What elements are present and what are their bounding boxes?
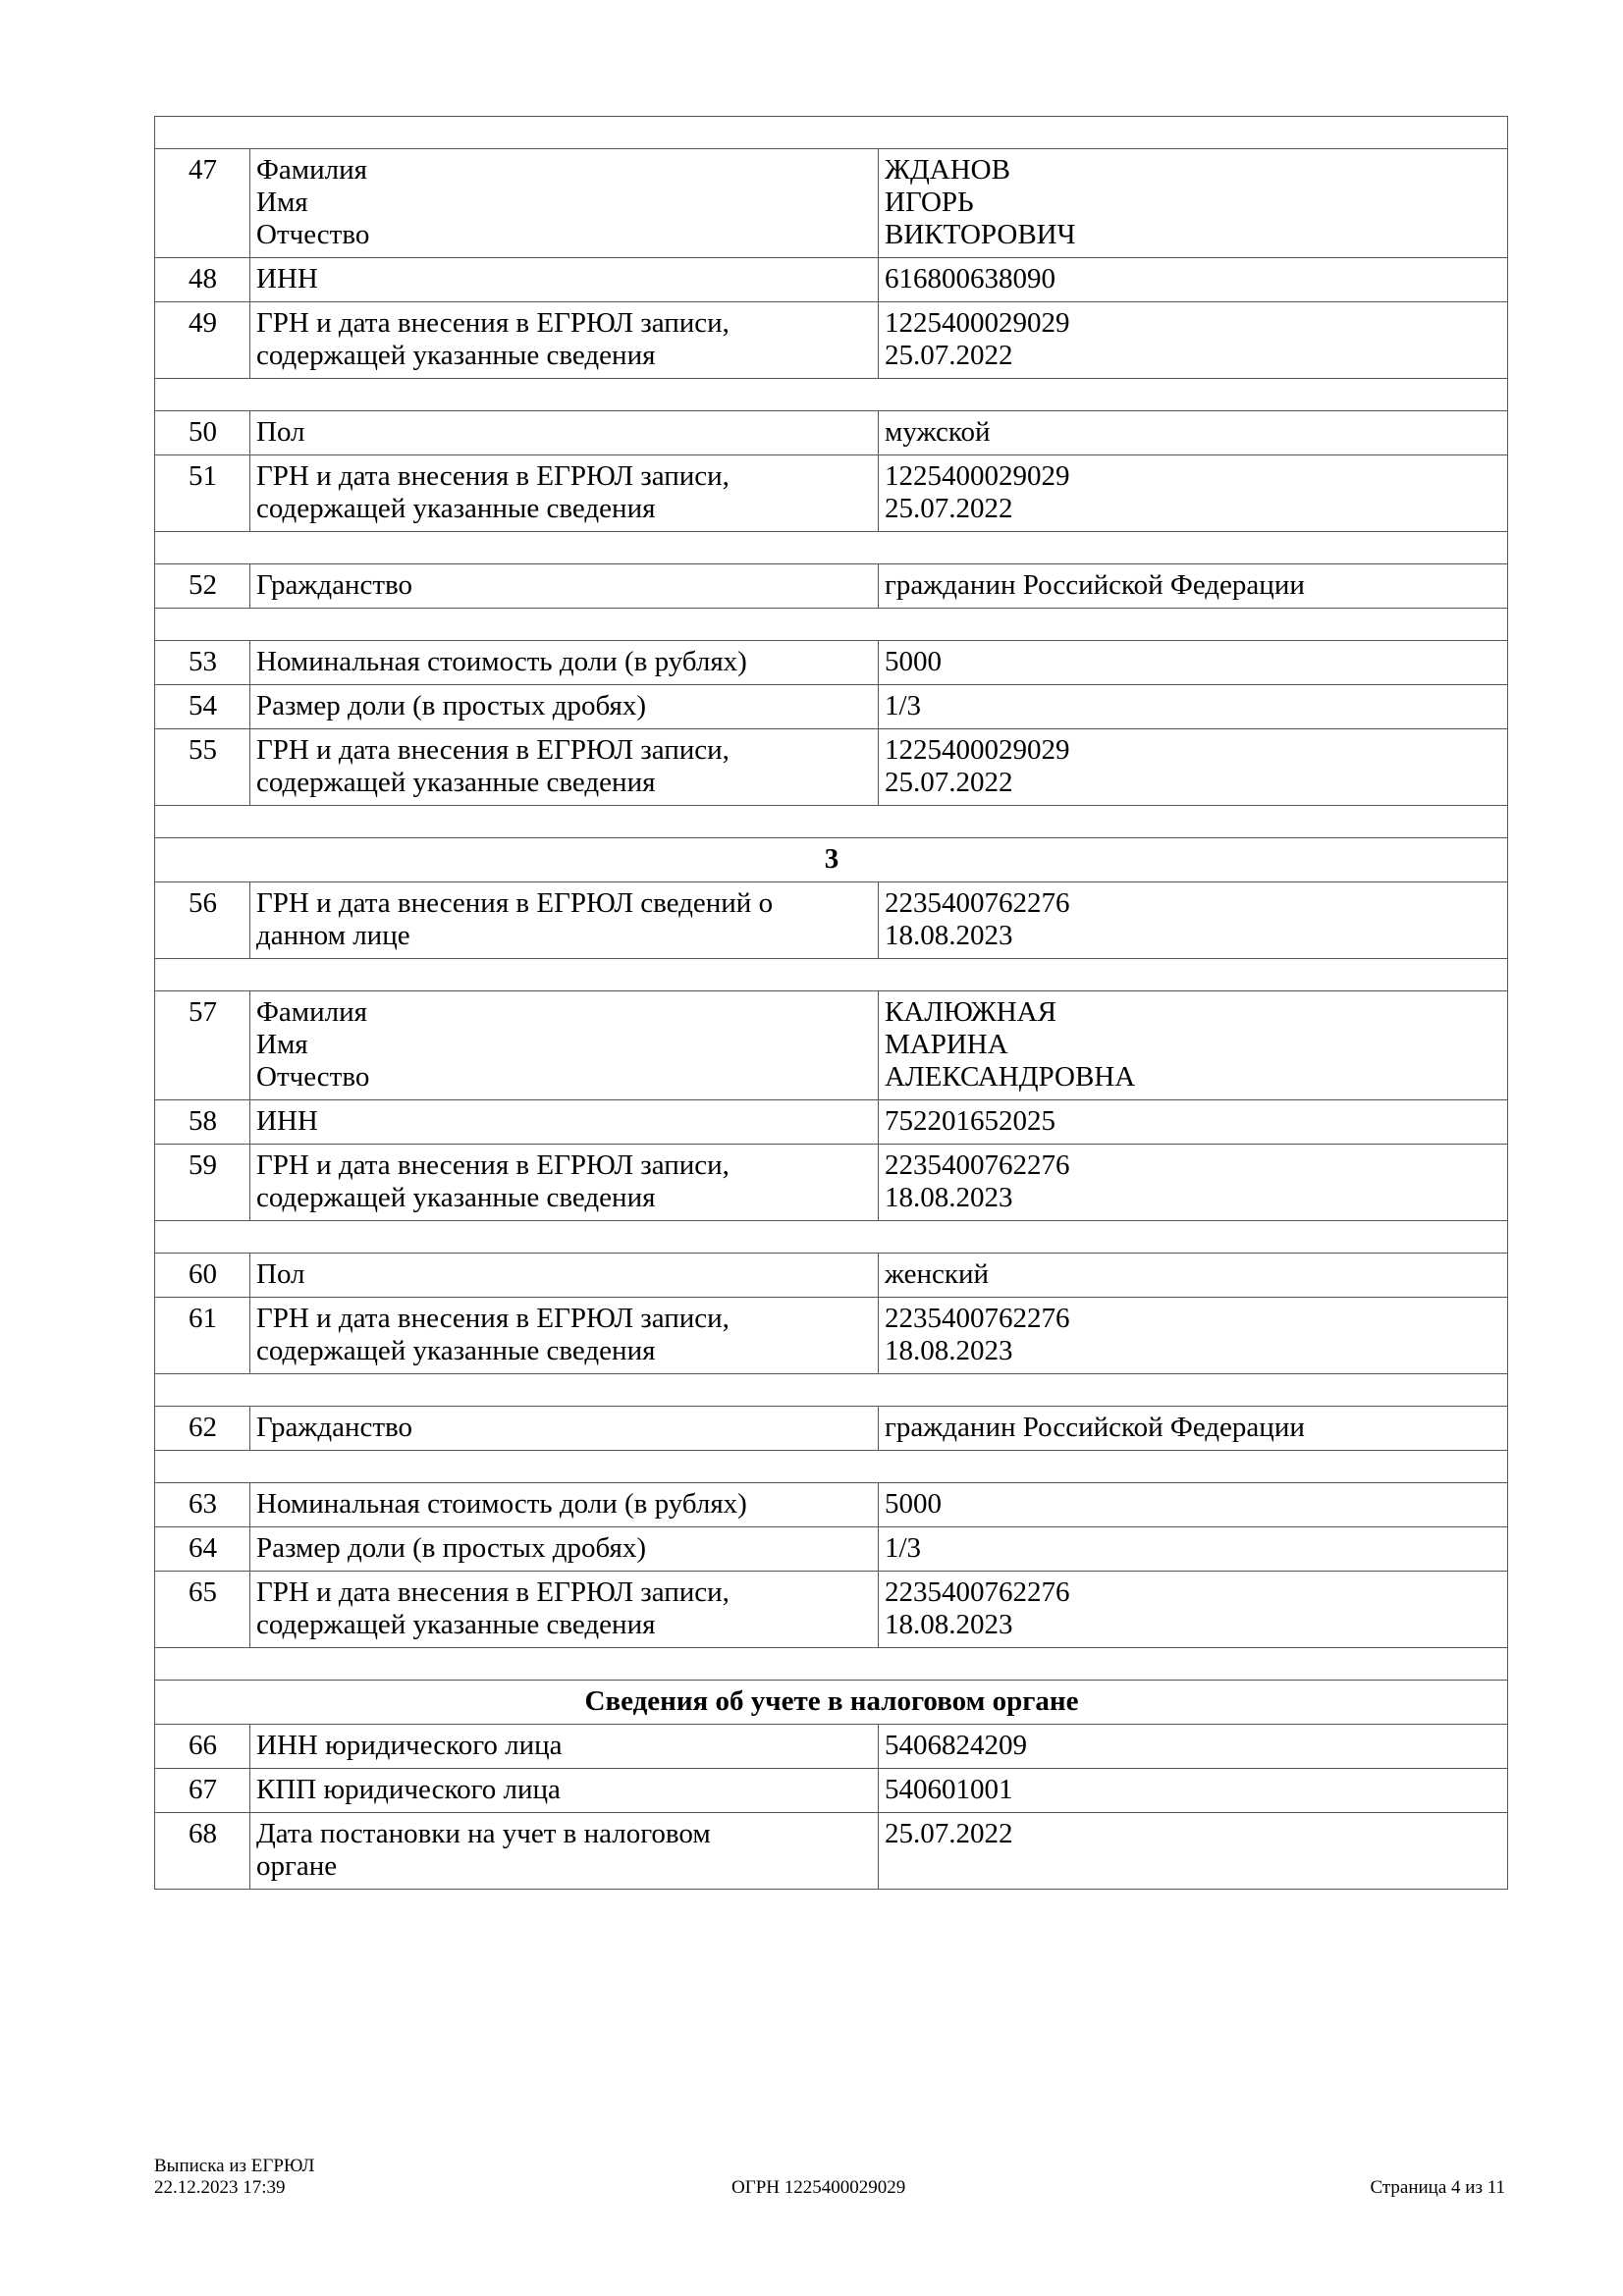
- table-row: 56ГРН и дата внесения в ЕГРЮЛ сведений о…: [155, 882, 1508, 959]
- field-value: гражданин Российской Федерации: [879, 564, 1508, 609]
- field-value-line: 616800638090: [885, 263, 1502, 295]
- field-value-line: МАРИНА: [885, 1029, 1502, 1061]
- field-label: Размер доли (в простых дробях): [250, 685, 879, 729]
- table-row: 53Номинальная стоимость доли (в рублях)5…: [155, 641, 1508, 685]
- field-value-line: 18.08.2023: [885, 1335, 1502, 1367]
- field-label: ГРН и дата внесения в ЕГРЮЛ записи,содер…: [250, 1145, 879, 1221]
- row-number: 59: [155, 1145, 250, 1221]
- spacer-row: [155, 1221, 1508, 1254]
- field-label-line: Размер доли (в простых дробях): [256, 690, 873, 722]
- footer-datetime: 22.12.2023 17:39: [154, 2177, 314, 2199]
- table-row: 54Размер доли (в простых дробях)1/3: [155, 685, 1508, 729]
- field-value-line: 1225400029029: [885, 307, 1502, 340]
- field-label-line: ИНН: [256, 1105, 873, 1138]
- field-value: 223540076227618.08.2023: [879, 1572, 1508, 1648]
- field-value: 122540002902925.07.2022: [879, 455, 1508, 532]
- section-title: Сведения об учете в налоговом органе: [155, 1681, 1508, 1725]
- field-value: женский: [879, 1254, 1508, 1298]
- table-row: 61ГРН и дата внесения в ЕГРЮЛ записи,сод…: [155, 1298, 1508, 1374]
- spacer-cell: [155, 1221, 1508, 1254]
- table-row: 51ГРН и дата внесения в ЕГРЮЛ записи,сод…: [155, 455, 1508, 532]
- row-number: 54: [155, 685, 250, 729]
- field-label: Пол: [250, 411, 879, 455]
- field-value: 223540076227618.08.2023: [879, 882, 1508, 959]
- spacer-cell: [155, 1374, 1508, 1407]
- field-label: ИНН: [250, 1100, 879, 1145]
- field-value-line: ИГОРЬ: [885, 187, 1502, 219]
- field-label-line: ГРН и дата внесения в ЕГРЮЛ сведений о: [256, 887, 873, 920]
- field-label-line: содержащей указанные сведения: [256, 1609, 873, 1641]
- field-label: ФамилияИмяОтчество: [250, 991, 879, 1100]
- table-row: 58ИНН752201652025: [155, 1100, 1508, 1145]
- table-row: 65ГРН и дата внесения в ЕГРЮЛ записи,сод…: [155, 1572, 1508, 1648]
- field-label-line: органе: [256, 1850, 873, 1883]
- table-row: 52Гражданствогражданин Российской Федера…: [155, 564, 1508, 609]
- field-value: 1/3: [879, 685, 1508, 729]
- table-row: 50Полмужской: [155, 411, 1508, 455]
- field-value-line: 5406824209: [885, 1730, 1502, 1762]
- field-value-line: гражданин Российской Федерации: [885, 1412, 1502, 1444]
- field-label-line: Пол: [256, 416, 873, 449]
- field-value-line: 1/3: [885, 1532, 1502, 1565]
- field-value: 122540002902925.07.2022: [879, 302, 1508, 379]
- field-value: 5406824209: [879, 1725, 1508, 1769]
- table-row: 48ИНН616800638090: [155, 258, 1508, 302]
- field-value-line: 25.07.2022: [885, 1818, 1502, 1850]
- field-label-line: Дата постановки на учет в налоговом: [256, 1818, 873, 1850]
- field-label-line: Гражданство: [256, 1412, 873, 1444]
- field-value-line: 1225400029029: [885, 460, 1502, 493]
- field-label-line: Пол: [256, 1258, 873, 1291]
- field-label-line: данном лице: [256, 920, 873, 952]
- spacer-cell: [155, 532, 1508, 564]
- field-value-line: 25.07.2022: [885, 493, 1502, 525]
- field-label: Номинальная стоимость доли (в рублях): [250, 641, 879, 685]
- field-value-line: гражданин Российской Федерации: [885, 569, 1502, 602]
- row-number: 55: [155, 729, 250, 806]
- field-label-line: Имя: [256, 1029, 873, 1061]
- table-body: 47ФамилияИмяОтчествоЖДАНОВИГОРЬВИКТОРОВИ…: [155, 117, 1508, 1890]
- field-value: КАЛЮЖНАЯМАРИНААЛЕКСАНДРОВНА: [879, 991, 1508, 1100]
- field-label: ГРН и дата внесения в ЕГРЮЛ записи,содер…: [250, 302, 879, 379]
- spacer-cell: [155, 1451, 1508, 1483]
- field-label-line: Имя: [256, 187, 873, 219]
- row-number: 62: [155, 1407, 250, 1451]
- table-row: 59ГРН и дата внесения в ЕГРЮЛ записи,сод…: [155, 1145, 1508, 1221]
- field-label-line: содержащей указанные сведения: [256, 1182, 873, 1214]
- row-number: 56: [155, 882, 250, 959]
- field-label: ГРН и дата внесения в ЕГРЮЛ сведений ода…: [250, 882, 879, 959]
- row-number: 52: [155, 564, 250, 609]
- field-label-line: ГРН и дата внесения в ЕГРЮЛ записи,: [256, 307, 873, 340]
- field-label-line: Отчество: [256, 1061, 873, 1094]
- field-label: Гражданство: [250, 564, 879, 609]
- field-value-line: 2235400762276: [885, 887, 1502, 920]
- row-number: 49: [155, 302, 250, 379]
- spacer-cell: [155, 609, 1508, 641]
- field-value-line: 2235400762276: [885, 1303, 1502, 1335]
- field-label-line: ГРН и дата внесения в ЕГРЮЛ записи,: [256, 1576, 873, 1609]
- table-row: 62Гражданствогражданин Российской Федера…: [155, 1407, 1508, 1451]
- field-value-line: 2235400762276: [885, 1576, 1502, 1609]
- spacer-cell: [155, 806, 1508, 838]
- field-label-line: Гражданство: [256, 569, 873, 602]
- field-value-line: 1/3: [885, 690, 1502, 722]
- field-value-line: 25.07.2022: [885, 767, 1502, 799]
- row-number: 67: [155, 1769, 250, 1813]
- field-label-line: содержащей указанные сведения: [256, 340, 873, 372]
- field-label: ИНН: [250, 258, 879, 302]
- field-label-line: Размер доли (в простых дробях): [256, 1532, 873, 1565]
- field-value: 1/3: [879, 1527, 1508, 1572]
- field-value-line: ВИКТОРОВИЧ: [885, 219, 1502, 251]
- field-label-line: КПП юридического лица: [256, 1774, 873, 1806]
- field-value-line: 540601001: [885, 1774, 1502, 1806]
- spacer-row: [155, 117, 1508, 149]
- spacer-row: [155, 1451, 1508, 1483]
- footer-page-number: Страница 4 из 11: [1370, 2177, 1505, 2199]
- field-value-line: 18.08.2023: [885, 1182, 1502, 1214]
- spacer-row: [155, 532, 1508, 564]
- field-label: Гражданство: [250, 1407, 879, 1451]
- field-value-line: 2235400762276: [885, 1149, 1502, 1182]
- section-header-row: Сведения об учете в налоговом органе: [155, 1681, 1508, 1725]
- footer-left: Выписка из ЕГРЮЛ 22.12.2023 17:39: [154, 2156, 314, 2199]
- field-label: ГРН и дата внесения в ЕГРЮЛ записи,содер…: [250, 455, 879, 532]
- spacer-row: [155, 609, 1508, 641]
- field-label: ФамилияИмяОтчество: [250, 149, 879, 258]
- table-row: 55ГРН и дата внесения в ЕГРЮЛ записи,сод…: [155, 729, 1508, 806]
- field-value: гражданин Российской Федерации: [879, 1407, 1508, 1451]
- field-value-line: АЛЕКСАНДРОВНА: [885, 1061, 1502, 1094]
- row-number: 53: [155, 641, 250, 685]
- field-label-line: ГРН и дата внесения в ЕГРЮЛ записи,: [256, 460, 873, 493]
- table-row: 57ФамилияИмяОтчествоКАЛЮЖНАЯМАРИНААЛЕКСА…: [155, 991, 1508, 1100]
- row-number: 57: [155, 991, 250, 1100]
- row-number: 48: [155, 258, 250, 302]
- table-row: 64Размер доли (в простых дробях)1/3: [155, 1527, 1508, 1572]
- field-value-line: 5000: [885, 646, 1502, 678]
- spacer-row: [155, 1648, 1508, 1681]
- field-value-line: 1225400029029: [885, 734, 1502, 767]
- field-label-line: ИНН: [256, 263, 873, 295]
- field-label-line: содержащей указанные сведения: [256, 493, 873, 525]
- field-label-line: Фамилия: [256, 996, 873, 1029]
- field-label-line: Номинальная стоимость доли (в рублях): [256, 1488, 873, 1521]
- row-number: 61: [155, 1298, 250, 1374]
- spacer-row: [155, 379, 1508, 411]
- field-value-line: женский: [885, 1258, 1502, 1291]
- section-title: 3: [155, 838, 1508, 882]
- field-value-line: мужской: [885, 416, 1502, 449]
- field-value-line: КАЛЮЖНАЯ: [885, 996, 1502, 1029]
- spacer-row: [155, 959, 1508, 991]
- field-value: 540601001: [879, 1769, 1508, 1813]
- field-value: 223540076227618.08.2023: [879, 1298, 1508, 1374]
- row-number: 65: [155, 1572, 250, 1648]
- field-value-line: 25.07.2022: [885, 340, 1502, 372]
- field-label-line: Отчество: [256, 219, 873, 251]
- table-row: 67КПП юридического лица540601001: [155, 1769, 1508, 1813]
- table-row: 68Дата постановки на учет в налоговоморг…: [155, 1813, 1508, 1890]
- spacer-cell: [155, 1648, 1508, 1681]
- field-value: 223540076227618.08.2023: [879, 1145, 1508, 1221]
- spacer-cell: [155, 959, 1508, 991]
- table-row: 63Номинальная стоимость доли (в рублях)5…: [155, 1483, 1508, 1527]
- field-value-line: 18.08.2023: [885, 1609, 1502, 1641]
- field-value: мужской: [879, 411, 1508, 455]
- egrul-extract-table: 47ФамилияИмяОтчествоЖДАНОВИГОРЬВИКТОРОВИ…: [154, 116, 1508, 1890]
- field-label: ИНН юридического лица: [250, 1725, 879, 1769]
- field-value: 752201652025: [879, 1100, 1508, 1145]
- spacer-row: [155, 1374, 1508, 1407]
- field-label-line: ГРН и дата внесения в ЕГРЮЛ записи,: [256, 1303, 873, 1335]
- field-label-line: Номинальная стоимость доли (в рублях): [256, 646, 873, 678]
- spacer-row: [155, 806, 1508, 838]
- field-value-line: ЖДАНОВ: [885, 154, 1502, 187]
- field-label-line: содержащей указанные сведения: [256, 767, 873, 799]
- row-number: 47: [155, 149, 250, 258]
- field-value: 5000: [879, 641, 1508, 685]
- field-label: Пол: [250, 1254, 879, 1298]
- field-label: Размер доли (в простых дробях): [250, 1527, 879, 1572]
- field-value-line: 752201652025: [885, 1105, 1502, 1138]
- field-label: ГРН и дата внесения в ЕГРЮЛ записи,содер…: [250, 1572, 879, 1648]
- footer-ogrn: ОГРН 1225400029029: [731, 2177, 905, 2199]
- spacer-cell: [155, 117, 1508, 149]
- table-row: 66ИНН юридического лица5406824209: [155, 1725, 1508, 1769]
- section-header-row: 3: [155, 838, 1508, 882]
- row-number: 50: [155, 411, 250, 455]
- row-number: 68: [155, 1813, 250, 1890]
- row-number: 51: [155, 455, 250, 532]
- table-row: 49ГРН и дата внесения в ЕГРЮЛ записи,сод…: [155, 302, 1508, 379]
- field-label-line: содержащей указанные сведения: [256, 1335, 873, 1367]
- field-label-line: ИНН юридического лица: [256, 1730, 873, 1762]
- field-label: ГРН и дата внесения в ЕГРЮЛ записи,содер…: [250, 1298, 879, 1374]
- field-label: Дата постановки на учет в налоговоморган…: [250, 1813, 879, 1890]
- spacer-cell: [155, 379, 1508, 411]
- field-label-line: ГРН и дата внесения в ЕГРЮЛ записи,: [256, 734, 873, 767]
- field-label: Номинальная стоимость доли (в рублях): [250, 1483, 879, 1527]
- field-label: КПП юридического лица: [250, 1769, 879, 1813]
- row-number: 58: [155, 1100, 250, 1145]
- field-value: 25.07.2022: [879, 1813, 1508, 1890]
- field-label-line: ГРН и дата внесения в ЕГРЮЛ записи,: [256, 1149, 873, 1182]
- row-number: 66: [155, 1725, 250, 1769]
- field-value: ЖДАНОВИГОРЬВИКТОРОВИЧ: [879, 149, 1508, 258]
- row-number: 63: [155, 1483, 250, 1527]
- field-value-line: 5000: [885, 1488, 1502, 1521]
- row-number: 60: [155, 1254, 250, 1298]
- table-row: 60Полженский: [155, 1254, 1508, 1298]
- row-number: 64: [155, 1527, 250, 1572]
- field-value: 616800638090: [879, 258, 1508, 302]
- field-value: 122540002902925.07.2022: [879, 729, 1508, 806]
- table-row: 47ФамилияИмяОтчествоЖДАНОВИГОРЬВИКТОРОВИ…: [155, 149, 1508, 258]
- field-value: 5000: [879, 1483, 1508, 1527]
- footer-doc-title: Выписка из ЕГРЮЛ: [154, 2156, 314, 2177]
- field-label: ГРН и дата внесения в ЕГРЮЛ записи,содер…: [250, 729, 879, 806]
- field-value-line: 18.08.2023: [885, 920, 1502, 952]
- field-label-line: Фамилия: [256, 154, 873, 187]
